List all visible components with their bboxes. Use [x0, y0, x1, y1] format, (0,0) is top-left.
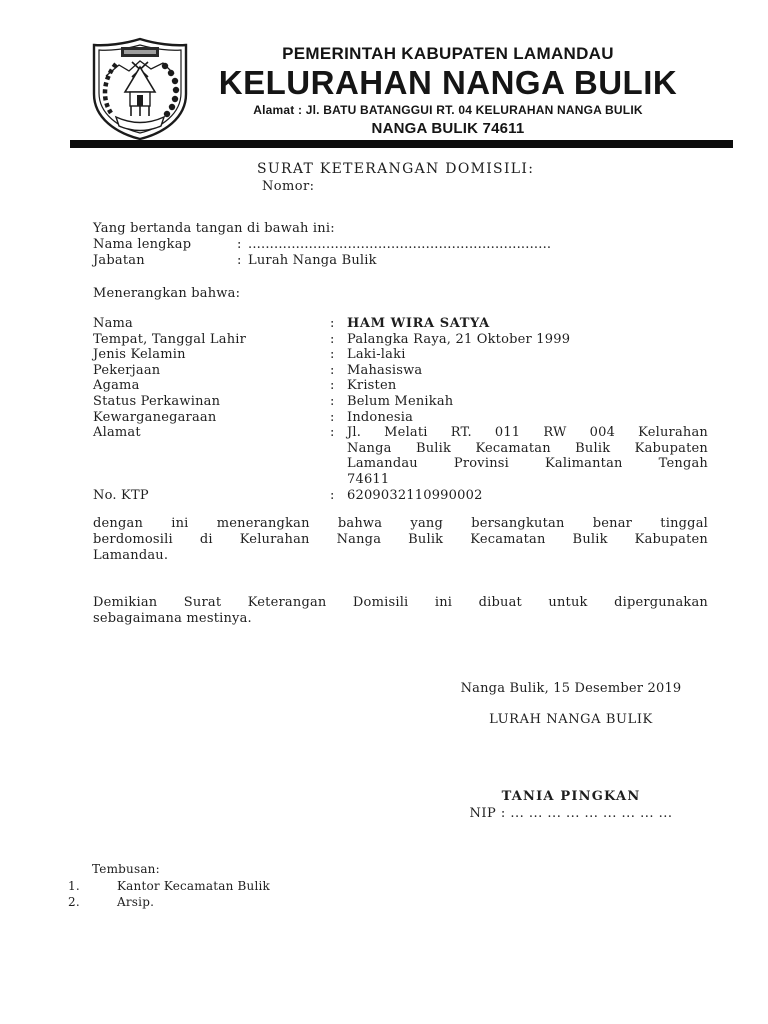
address-line: Lamandau Provinsi Kalimantan Tengah [347, 456, 708, 472]
field-colon: : [330, 488, 347, 504]
opening-line: Yang bertanda tangan di bawah ini: [93, 221, 708, 237]
field-label: Nama [93, 316, 330, 332]
field-value: Indonesia [347, 410, 708, 426]
field-value: Lurah Nanga Bulik [248, 253, 708, 269]
field-label: Kewarganegaraan [93, 410, 330, 426]
tembusan-label: Tembusan: [92, 861, 270, 878]
field-value: Belum Menikah [347, 394, 708, 410]
field-row: Jenis Kelamin : Laki-laki [93, 347, 708, 363]
body-paragraph-2: Demikian Surat Keterangan Domisili ini d… [93, 595, 708, 627]
signer-position: LURAH NANGA BULIK [438, 712, 704, 727]
field-value-dotted-line: ........................................… [248, 237, 708, 253]
letter-heading: SURAT KETERANGAN DOMISILI: [257, 161, 534, 177]
address-value: Jl. Melati RT. 011 RW 004 Kelurahan Nang… [347, 425, 708, 487]
opening-section: Yang bertanda tangan di bawah ini: Nama … [93, 221, 708, 269]
field-row: Nama lengkap : .........................… [93, 237, 708, 253]
field-value: Kristen [347, 378, 708, 394]
office-postal: NANGA BULIK 74611 [190, 120, 706, 137]
field-row: Kewarganegaraan : Indonesia [93, 410, 708, 426]
paragraph-line: berdomosili di Kelurahan Nanga Bulik Kec… [93, 532, 708, 548]
field-label: Nama lengkap [93, 237, 237, 253]
field-row: Status Perkawinan : Belum Menikah [93, 394, 708, 410]
document-page: PEMERINTAH KABUPATEN LAMANDAU KELURAHAN … [0, 0, 768, 1024]
office-name: KELURAHAN NANGA BULIK [190, 66, 706, 99]
letterhead-text: PEMERINTAH KABUPATEN LAMANDAU KELURAHAN … [190, 44, 706, 137]
field-colon: : [330, 347, 347, 363]
tembusan-item: 2. Arsip. [68, 894, 270, 911]
field-value: Laki-laki [347, 347, 708, 363]
tembusan-section: Tembusan: 1. Kantor Kecamatan Bulik 2. A… [68, 861, 270, 911]
field-label: Pekerjaan [93, 363, 330, 379]
field-row: Pekerjaan : Mahasiswa [93, 363, 708, 379]
field-row: Nama : HAM WIRA SATYA [93, 316, 708, 332]
field-colon: : [330, 410, 347, 426]
paragraph-line: Demikian Surat Keterangan Domisili ini d… [93, 595, 708, 611]
government-name: PEMERINTAH KABUPATEN LAMANDAU [190, 44, 706, 64]
statement-line: Menerangkan bahwa: [93, 286, 240, 301]
signer-name: TANIA PINGKAN [438, 789, 704, 804]
field-row-address: Alamat : Jl. Melati RT. 011 RW 004 Kelur… [93, 425, 708, 487]
letter-title: SURAT KETERANGAN DOMISILI: Nomor: [257, 161, 534, 194]
person-details: Nama : HAM WIRA SATYA Tempat, Tanggal La… [93, 316, 708, 503]
paragraph-line: Lamandau. [93, 548, 708, 564]
tembusan-number: 1. [68, 878, 117, 895]
field-row: No. KTP : 6209032110990002 [93, 488, 708, 504]
field-label: Tempat, Tanggal Lahir [93, 332, 330, 348]
field-colon: : [330, 363, 347, 379]
field-label: No. KTP [93, 488, 330, 504]
field-colon: : [330, 378, 347, 394]
ktp-number: 6209032110990002 [347, 488, 708, 504]
field-colon: : [330, 316, 347, 332]
office-address: Alamat : Jl. BATU BATANGGUI RT. 04 KELUR… [190, 103, 706, 117]
letter-number: Nomor: [257, 179, 534, 194]
signer-nip: NIP : ... ... ... ... ... ... ... ... ..… [438, 806, 704, 821]
address-line: Jl. Melati RT. 011 RW 004 Kelurahan [347, 425, 708, 441]
person-name: HAM WIRA SATYA [347, 316, 708, 332]
tembusan-number: 2. [68, 894, 117, 911]
header-divider [70, 140, 733, 148]
signature-block: Nanga Bulik, 15 Desember 2019 LURAH NANG… [438, 681, 704, 821]
field-value: Palangka Raya, 21 Oktober 1999 [347, 332, 708, 348]
field-label: Alamat [93, 425, 330, 441]
field-row: Tempat, Tanggal Lahir : Palangka Raya, 2… [93, 332, 708, 348]
field-label: Status Perkawinan [93, 394, 330, 410]
field-label: Agama [93, 378, 330, 394]
field-row: Agama : Kristen [93, 378, 708, 394]
regency-crest-icon [86, 36, 194, 142]
body-paragraph-1: dengan ini menerangkan bahwa yang bersan… [93, 516, 708, 564]
tembusan-text: Kantor Kecamatan Bulik [117, 878, 270, 895]
address-line: Nanga Bulik Kecamatan Bulik Kabupaten [347, 441, 708, 457]
field-label: Jabatan [93, 253, 237, 269]
paragraph-line: dengan ini menerangkan bahwa yang bersan… [93, 516, 708, 532]
field-value: Mahasiswa [347, 363, 708, 379]
field-colon: : [237, 237, 248, 253]
field-colon: : [330, 394, 347, 410]
field-row: Jabatan : Lurah Nanga Bulik [93, 253, 708, 269]
address-line: 74611 [347, 472, 708, 488]
tembusan-item: 1. Kantor Kecamatan Bulik [68, 878, 270, 895]
paragraph-line: sebagaimana mestinya. [93, 611, 708, 627]
place-and-date: Nanga Bulik, 15 Desember 2019 [438, 681, 704, 696]
field-label: Jenis Kelamin [93, 347, 330, 363]
field-colon: : [330, 332, 347, 348]
field-colon: : [330, 425, 347, 441]
tembusan-text: Arsip. [117, 894, 154, 911]
field-colon: : [237, 253, 248, 269]
